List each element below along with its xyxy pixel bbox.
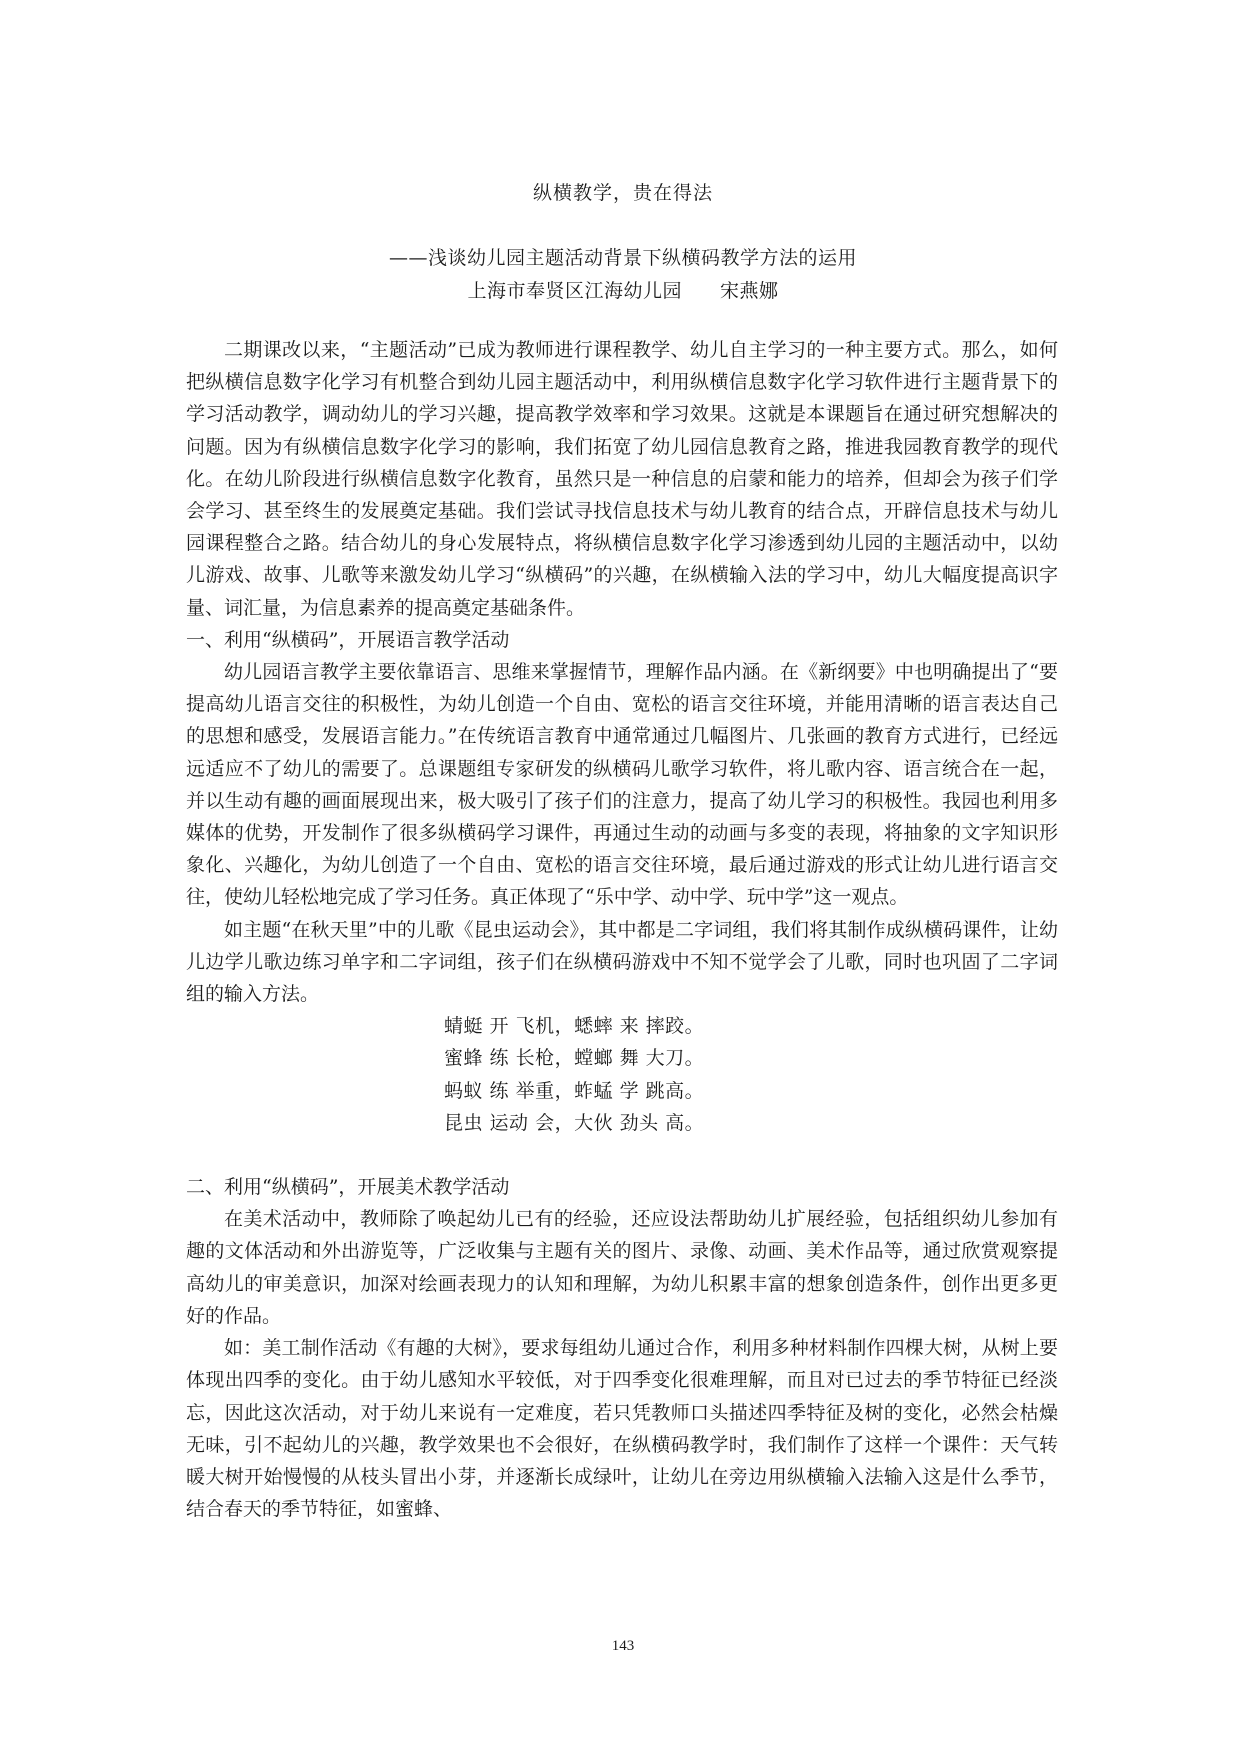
section-1-paragraph-1: 幼儿园语言教学主要依靠语言、思维来掌握情节，理解作品内涵。在《新纲要》中也明确提… xyxy=(186,656,1058,914)
author-line: 上海市奉贤区江海幼儿园宋燕娜 xyxy=(0,276,1246,303)
section-heading-1: 一、利用“纵横码”，开展语言教学活动 xyxy=(186,624,1058,656)
article-title: 纵横教学，贵在得法 xyxy=(0,178,1246,205)
author-name: 宋燕娜 xyxy=(720,280,779,302)
poem-line: 蜻蜓 开 飞机，蟋蟀 来 摔跤。 xyxy=(186,1010,1058,1042)
section-1-paragraph-2: 如主题“在秋天里”中的儿歌《昆虫运动会》，其中都是二字词组，我们将其制作成纵横码… xyxy=(186,914,1058,1011)
intro-paragraph: 二期课改以来，“主题活动”已成为教师进行课程教学、幼儿自主学习的一种主要方式。那… xyxy=(186,334,1058,624)
poem-line: 昆虫 运动 会，大伙 劲头 高。 xyxy=(186,1107,1058,1139)
poem-line: 蜜蜂 练 长枪，螳螂 舞 大刀。 xyxy=(186,1042,1058,1074)
section-2-paragraph-1: 在美术活动中，教师除了唤起幼儿已有的经验，还应设法帮助幼儿扩展经验，包括组织幼儿… xyxy=(186,1203,1058,1332)
article-body: 二期课改以来，“主题活动”已成为教师进行课程教学、幼儿自主学习的一种主要方式。那… xyxy=(186,334,1058,1525)
poem-block: 蜻蜓 开 飞机，蟋蟀 来 摔跤。 蜜蜂 练 长枪，螳螂 舞 大刀。 蚂蚁 练 举… xyxy=(186,1010,1058,1139)
section-heading-2: 二、利用“纵横码”，开展美术教学活动 xyxy=(186,1171,1058,1203)
section-spacer xyxy=(186,1139,1058,1171)
poem-line: 蚂蚁 练 举重，蚱蜢 学 跳高。 xyxy=(186,1075,1058,1107)
document-page: 纵横教学，贵在得法 ——浅谈幼儿园主题活动背景下纵横码教学方法的运用 上海市奉贤… xyxy=(0,0,1246,1763)
section-2-paragraph-2: 如：美工制作活动《有趣的大树》，要求每组幼儿通过合作，利用多种材料制作四棵大树，… xyxy=(186,1332,1058,1525)
page-number: 143 xyxy=(0,1638,1246,1655)
author-institution: 上海市奉贤区江海幼儿园 xyxy=(467,280,682,302)
article-subtitle: ——浅谈幼儿园主题活动背景下纵横码教学方法的运用 xyxy=(0,243,1246,270)
